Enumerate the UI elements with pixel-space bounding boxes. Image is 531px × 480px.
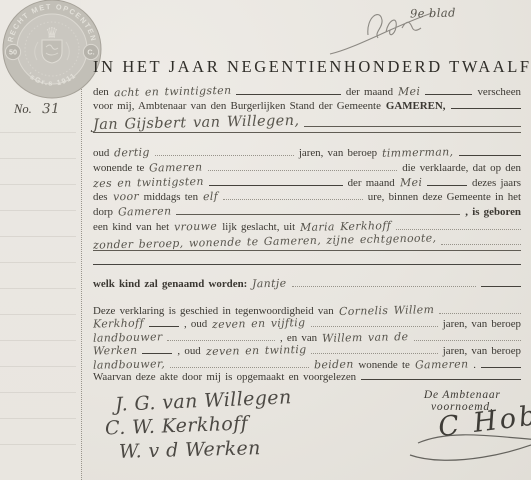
printed-is-geboren: , is geboren [465,206,521,218]
act-number-value: 31 [42,101,60,117]
witness2-occupation-value: landbouwer, [93,357,165,372]
ruled-line [176,214,460,215]
printed-jaren-beroep: jaren, van beroep [299,147,377,159]
dotted-fill [155,155,294,156]
printed-wonende-te-2: wonende te [358,359,409,371]
printed-before-me: voor mij, Ambtenaar van den Burgerlijken… [93,100,381,112]
seal-denomination-value: 50 [9,48,17,57]
registration-day-value: acht en twintigsten [114,84,232,99]
printed-dezes-jaars: dezes jaars [472,177,521,189]
line-official-intro: voor mij, Ambtenaar van den Burgerlijken… [93,100,521,115]
page-title: IN HET JAAR NEGENTIENHONDERD TWAALF, [93,54,521,80]
printed-des: des [93,191,108,203]
line-closing: Waarvan deze akte door mij is opgemaakt … [93,371,521,384]
line-mother-details: zonder beroep, wonende te Gameren, zijne… [93,235,521,250]
printed-oud-w2: , oud [177,345,200,357]
dotted-fill [170,367,309,368]
printed-child-of: een kind van het [93,221,169,233]
printed-name-label: welk kind zal genaamd worden: [93,278,247,290]
fill-dash [142,353,172,354]
ruled-line [304,126,521,127]
line-declarant-age-occupation: oud dertig jaren, van beroep timmerman, [93,146,521,161]
revenue-stamp-seal: RECHT MET OPCENTEN 'sGr.s 1911 ♛ 50 C. [0,0,104,102]
line-birth-date: zes en twintigsten der maand Mei dezes j… [93,176,521,191]
ruled-line [93,264,521,265]
sheet-number-label: 9e blad [410,6,456,21]
printed-geslacht-uit: lijk geslacht, uit [222,221,295,233]
child-sex-value: vrouwe [174,220,217,234]
declarant-occupation-value: timmerman, [382,145,454,159]
margin-divider-line [81,52,82,480]
dotted-fill [292,286,476,287]
dotted-fill [311,326,438,327]
printed-ure: ure, binnen deze Gemeente in het [368,191,521,203]
witness1-name-b: Kerkhoff [93,317,144,331]
line-blank-rule-dark [93,264,521,275]
fill-dash [459,155,521,156]
fill-dash [209,185,343,186]
certificate-body: IN HET JAAR NEGENTIENHONDERD TWAALF, den… [93,54,521,467]
page-bleedthrough-lines [0,132,76,468]
municipality-name: GAMEREN, [386,100,446,112]
fill-dash [425,94,472,95]
witness2-name-a: Willem van de [322,330,409,345]
seal-shield-icon [42,40,62,63]
printed-en-van: , en van [280,332,317,344]
line-witness1-occupation: landbouwer , en van Willem van de [93,331,521,344]
printed-dorp: dorp [93,206,113,218]
seal-crown-icon: ♛ [45,24,58,42]
printed-den: den [93,86,109,98]
printed-wonende-te: wonende te [93,162,144,174]
act-number-label: No. [14,102,32,116]
birth-day-value: zes en twintigsten [93,174,204,189]
printed-jaren-beroep-w2: jaren, van beroep [443,345,521,357]
witnesses-residence-value: Gameren [415,357,469,371]
birth-month-value: Mei [400,175,423,188]
witness1-occupation-value: landbouwer [93,330,163,344]
line-witness1-age: Kerkhoff , oud zeven en vijftig jaren, v… [93,317,521,330]
dotted-fill [167,340,274,341]
dotted-fill [414,340,521,341]
birth-village-value: Gameren [118,205,172,219]
line-witness2-age: Werken , oud zeven en twintig jaren, van… [93,344,521,357]
printed-oud: oud [93,147,109,159]
declarant-name-value: Jan Gijsbert van Willegen, [93,113,300,133]
birth-hour-value: elf [203,190,218,203]
fill-dash [236,94,341,95]
birth-certificate-scan: { "colors": { "paper": "#e8e5df", "print… [0,0,531,480]
mother-details-value: zonder beroep, wonende te Gameren, zijne… [93,232,437,252]
dotted-fill [311,353,437,354]
line-declarant-residence: wonende te Gameren die verklaarde, dat o… [93,161,521,176]
witness2-name-b: Werken [93,344,138,358]
fill-dash [149,326,179,327]
fill-dash [361,379,521,380]
dotted-fill [396,229,521,230]
fill-dash [427,185,467,186]
declarant-age-value: dertig [114,145,150,159]
line-blank-rule [93,132,521,146]
line-birth-village: dorp Gameren , is geboren [93,205,521,220]
line-registration-date: den acht en twintigsten der maand Mei ve… [93,85,521,100]
witness1-age-value: zeven en vijftig [212,316,306,331]
ruled-line [93,132,521,133]
printed-der-maand: der maand [346,86,393,98]
line-declarant-name: Jan Gijsbert van Willegen, [93,115,521,132]
registration-month-value: Mei [398,85,421,98]
dotted-fill [223,199,363,200]
act-number: No.31 [14,100,60,118]
witness2-age-value: zeven en twintig [206,343,307,358]
printed-verklaarde: die verklaarde, dat op den [402,162,521,174]
printed-period: . [473,359,476,371]
printed-verscheen: verscheen [477,86,521,98]
signatures-section: J. G. van Willegen C. W. Kerkhoff W. v d… [93,389,521,467]
line-child-sex-mother: een kind van het vrouwe lijk geslacht, u… [93,220,521,235]
line-witness-intro: Deze verklaring is geschied in tegenwoor… [93,304,521,317]
witness1-name-a: Cornelis Willem [339,303,435,318]
birth-daypart-value: voor [112,190,138,204]
signature-witness2: W. v d Werken [119,437,261,465]
handwritten-beiden: beiden [314,357,354,371]
line-witnesses-residence: landbouwer, beiden wonende te Gameren . [93,358,521,371]
declarant-residence-value: Gameren [149,160,203,174]
printed-jaren-beroep-w1: jaren, van beroep [443,318,521,330]
fill-dash [481,286,521,287]
printed-closing: Waarvan deze akte door mij is opgemaakt … [93,371,356,383]
official-signature-block: De Ambtenaar voornoemd, C Hobo [404,389,521,467]
witnesses-section: Deze verklaring is geschied in tegenwoor… [93,304,521,384]
fill-dash [451,108,521,109]
printed-der-maand-2: der maand [348,177,395,189]
witness-signatures: J. G. van Willegen C. W. Kerkhoff W. v d… [93,389,404,467]
printed-middags-ten: middags ten [144,191,198,203]
printed-oud-w1: , oud [184,318,207,330]
dotted-fill [208,170,397,171]
line-blank-rule [93,250,521,264]
line-child-name: welk kind zal genaamd worden: Jantje [93,277,521,295]
dotted-fill [441,244,521,245]
child-name-value: Jantje [252,277,287,291]
line-birth-time: des voor middags ten elf ure, binnen dez… [93,190,521,205]
fill-dash [481,367,521,368]
dotted-fill [439,313,521,314]
